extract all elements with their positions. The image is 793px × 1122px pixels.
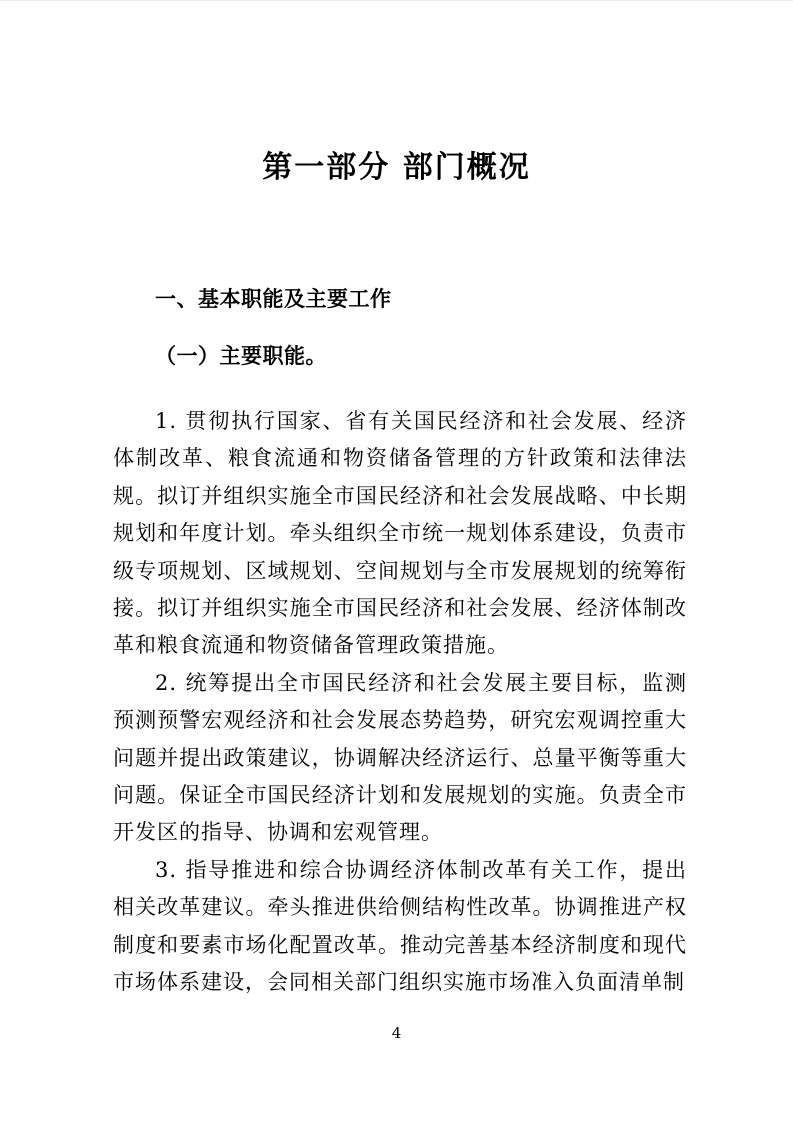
paragraph-2: 2. 统筹提出全市国民经济和社会发展主要目标，监测预测预警宏观经济和社会发展态势… (113, 665, 687, 852)
paragraph-3: 3. 指导推进和综合协调经济体制改革有关工作，提出相关改革建议。牵头推进供给侧结… (113, 852, 687, 1002)
document-page: 第一部分 部门概况 一、基本职能及主要工作 （一）主要职能。 1. 贯彻执行国家… (0, 0, 793, 1122)
page-title: 第一部分 部门概况 (0, 1, 793, 188)
paragraph-1: 1. 贯彻执行国家、省有关国民经济和社会发展、经济体制改革、粮食流通和物资储备管… (113, 403, 687, 665)
section-heading: 一、基本职能及主要工作 (113, 285, 713, 313)
page-number: 4 (0, 1024, 793, 1042)
subsection-heading: （一）主要职能。 (113, 342, 713, 370)
body-text: 1. 贯彻执行国家、省有关国民经济和社会发展、经济体制改革、粮食流通和物资储备管… (113, 403, 687, 1002)
